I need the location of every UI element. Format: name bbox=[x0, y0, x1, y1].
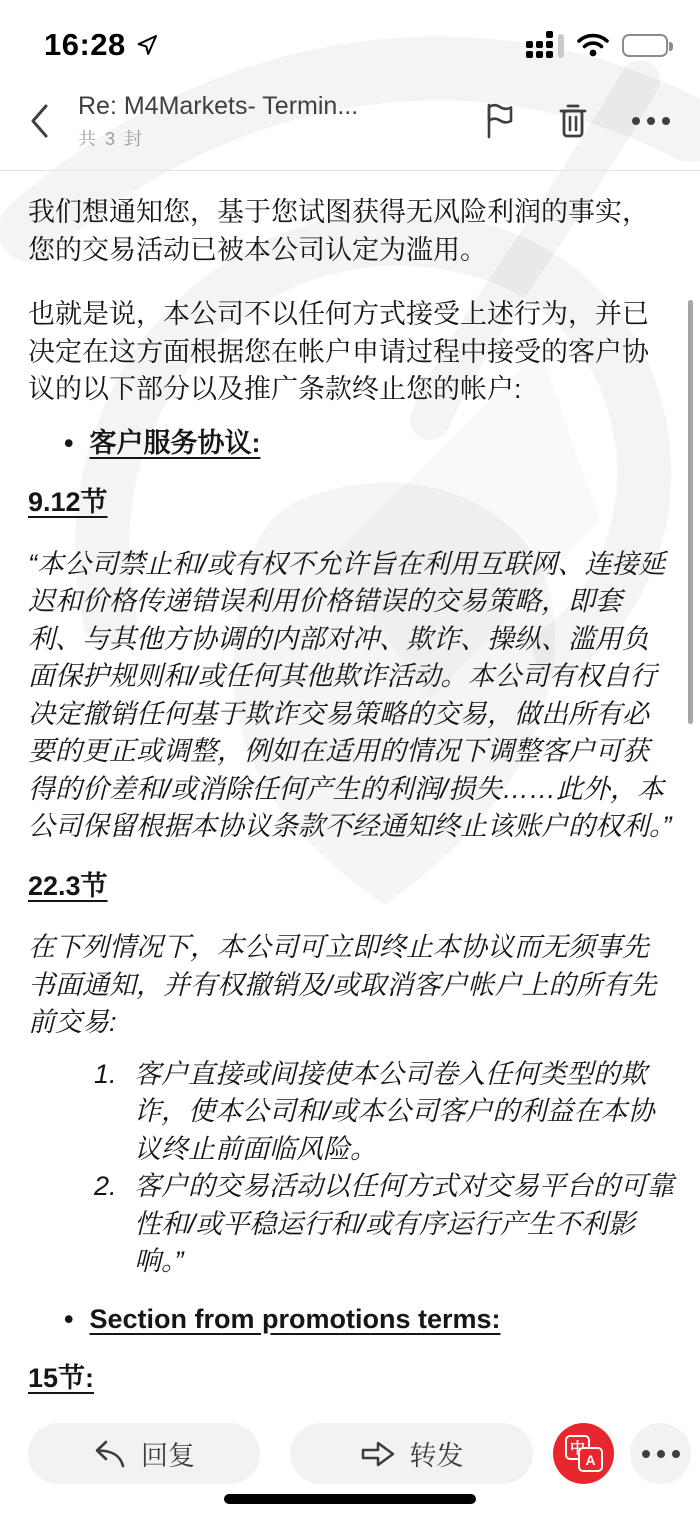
translate-button[interactable]: 中 A bbox=[553, 1423, 614, 1484]
wifi-icon bbox=[576, 32, 610, 58]
section-heading-912: 9.12节 bbox=[28, 484, 674, 522]
toolbar-more-button[interactable] bbox=[630, 1423, 691, 1484]
scrollbar-thumb[interactable] bbox=[688, 300, 693, 724]
trash-icon[interactable] bbox=[558, 103, 588, 139]
location-arrow-icon bbox=[135, 33, 159, 57]
quote-section-912: “本公司禁止和/或有权不允许旨在利用互联网、连接延迟和价格传递错误利用价格错误的… bbox=[28, 546, 674, 846]
list-item: 1. 客户直接或间接使本公司卷入任何类型的欺诈，使本公司和/或本公司客户的利益在… bbox=[28, 1056, 674, 1169]
email-app-screen: 16:28 bbox=[0, 0, 700, 1515]
bullet-promotions-terms: • Section from promotions terms: bbox=[64, 1301, 674, 1339]
battery-icon bbox=[622, 34, 668, 57]
thread-count-label: 共 3 封 bbox=[78, 125, 464, 151]
numbered-list: 1. 客户直接或间接使本公司卷入任何类型的欺诈，使本公司和/或本公司客户的利益在… bbox=[28, 1056, 674, 1281]
email-subject-title: Re: M4Markets- Termin... bbox=[78, 92, 464, 121]
reply-icon bbox=[93, 1439, 127, 1469]
bullet-client-agreement: • 客户服务协议: bbox=[64, 425, 674, 463]
section-heading-223: 22.3节 bbox=[28, 868, 674, 906]
list-item: 2. 客户的交易活动以任何方式对交易平台的可靠性和/或平稳运行和/或有序运行产生… bbox=[28, 1168, 674, 1281]
flag-icon[interactable] bbox=[484, 103, 514, 139]
forward-button[interactable]: 转发 bbox=[290, 1423, 533, 1484]
ellipsis-icon bbox=[642, 1450, 680, 1458]
forward-icon bbox=[360, 1440, 396, 1468]
paragraph-notice: 我们想通知您，基于您试图获得无风险利润的事实，您的交易活动已被本公司认定为滥用。 bbox=[28, 194, 674, 269]
section-heading-15: 15节: bbox=[28, 1360, 674, 1398]
back-button[interactable] bbox=[28, 99, 62, 143]
bullet-icon: • bbox=[64, 425, 73, 463]
email-body: 我们想通知您，基于您试图获得无风险利润的事实，您的交易活动已被本公司认定为滥用。… bbox=[0, 172, 700, 1422]
home-indicator[interactable] bbox=[224, 1494, 476, 1504]
status-bar: 16:28 bbox=[0, 0, 700, 78]
cellular-signal-icon bbox=[526, 32, 564, 58]
paragraph-decision: 也就是说，本公司不以任何方式接受上述行为，并已决定在这方面根据您在帐户申请过程中… bbox=[28, 296, 674, 409]
paragraph-termination-conditions: 在下列情况下，本公司可立即终止本协议而无须事先书面通知，并有权撤销及/或取消客户… bbox=[28, 929, 674, 1042]
more-options-icon[interactable] bbox=[632, 117, 670, 125]
email-header: Re: M4Markets- Termin... 共 3 封 bbox=[0, 78, 700, 171]
bullet-icon: • bbox=[64, 1301, 73, 1339]
status-time: 16:28 bbox=[44, 27, 126, 63]
reply-button[interactable]: 回复 bbox=[28, 1423, 260, 1484]
